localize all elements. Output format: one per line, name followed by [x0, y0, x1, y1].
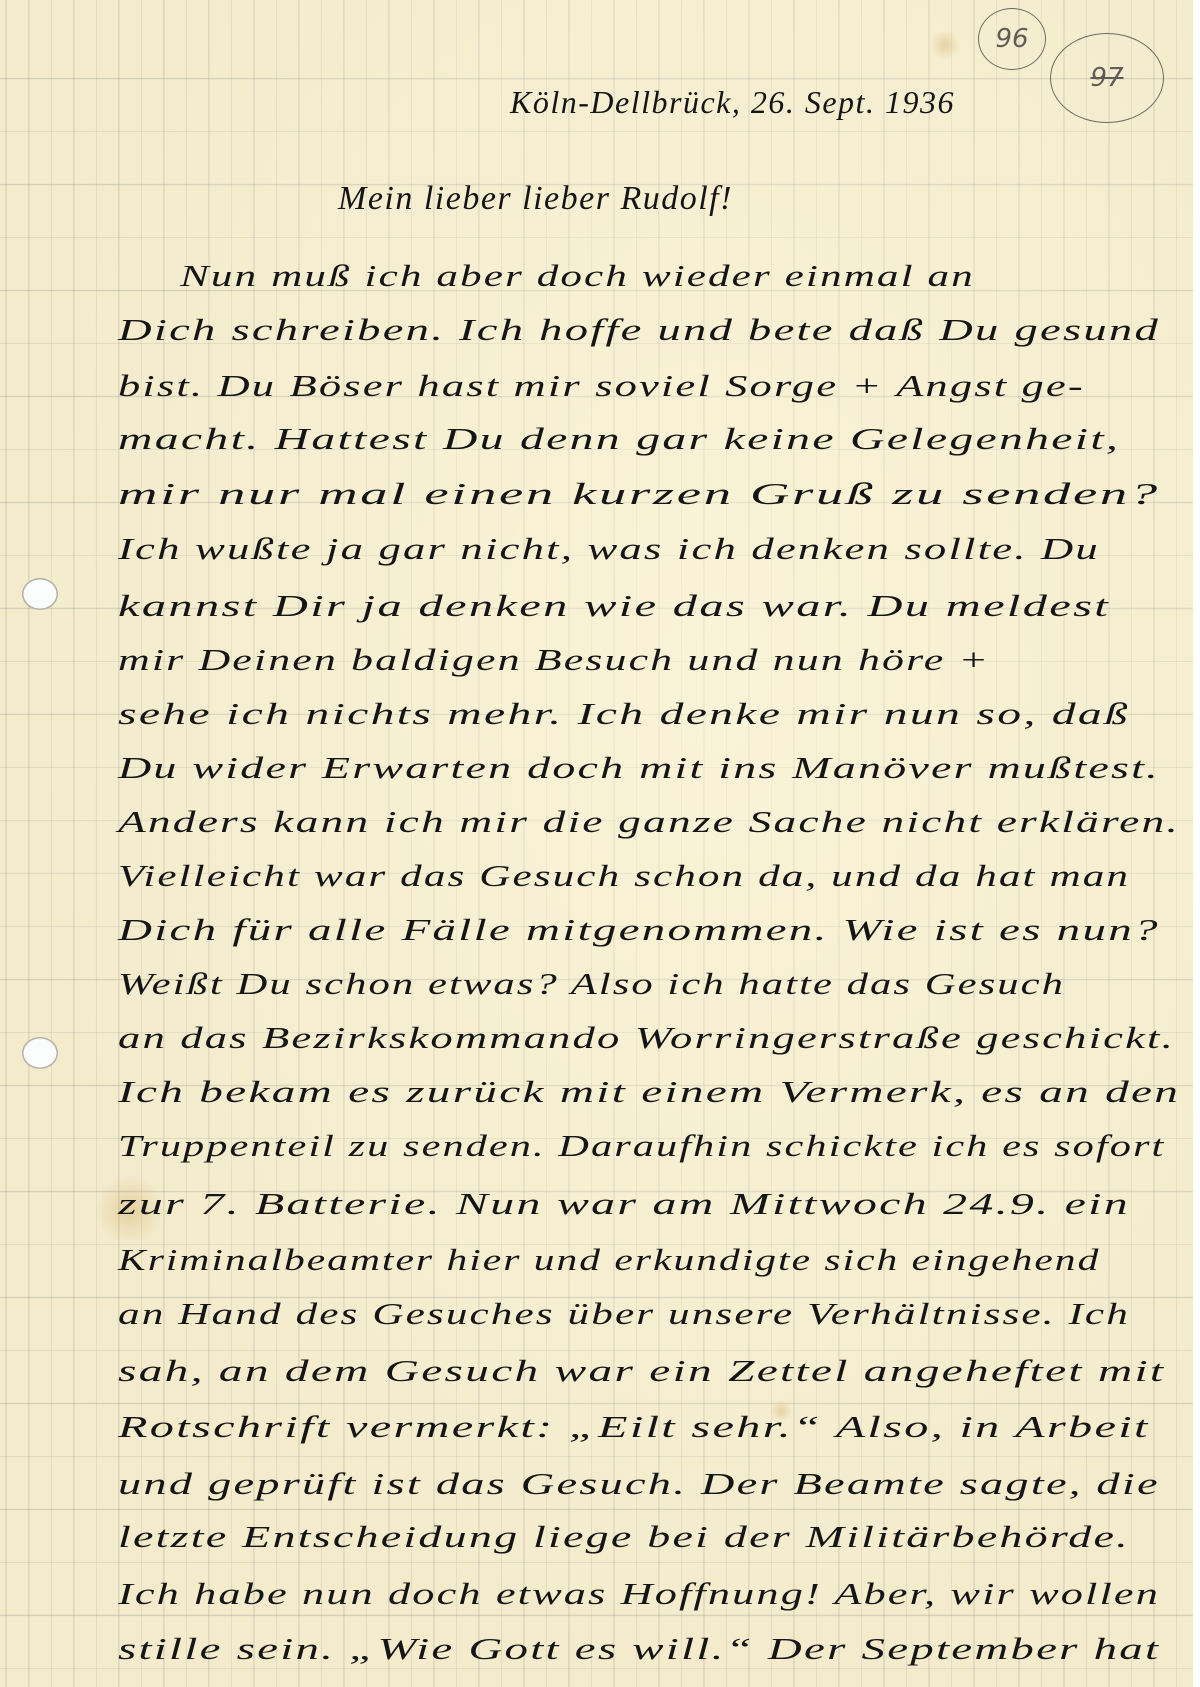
letter-line: sehe ich nichts mehr. Ich denke mir nun …	[118, 696, 1130, 732]
letter-line: Kriminalbeamter hier und erkundigte sich…	[118, 1242, 1100, 1278]
punch-hole-lower	[22, 1037, 58, 1069]
letter-line: sah, an dem Gesuch war ein Zettel angehe…	[118, 1353, 1165, 1389]
archive-number-circle: 96	[978, 8, 1046, 70]
letter-page: 96 97 Köln-Dellbrück, 26. Sept. 1936 Mei…	[0, 0, 1193, 1687]
archive-number-circle-struck: 97	[1050, 33, 1164, 123]
letter-line: Rotschrift vermerkt: „Eilt sehr.“ Also, …	[118, 1409, 1150, 1445]
dateline: Köln-Dellbrück, 26. Sept. 1936	[510, 84, 955, 121]
letter-line: Nun muß ich aber doch wieder einmal an	[180, 258, 975, 294]
letter-line: mir nur mal einen kurzen Gruß zu senden?	[118, 476, 1160, 512]
letter-line: stille sein. „Wie Gott es will.“ Der Sep…	[118, 1631, 1160, 1667]
archive-number: 96	[995, 24, 1028, 54]
letter-line: mir Deinen baldigen Besuch und nun höre …	[118, 642, 990, 678]
letter-line: letzte Entscheidung liege bei der Militä…	[118, 1519, 1130, 1555]
letter-line: Ich habe nun doch etwas Hoffnung! Aber, …	[118, 1576, 1160, 1612]
letter-line: bist. Du Böser hast mir soviel Sorge + A…	[118, 368, 1085, 404]
letter-line: Vielleicht war das Gesuch schon da, und …	[118, 858, 1130, 894]
letter-line: Du wider Erwarten doch mit ins Manöver m…	[118, 750, 1160, 786]
letter-line: Ich bekam es zurück mit einem Vermerk, e…	[118, 1074, 1180, 1110]
punch-hole-upper	[22, 578, 58, 610]
salutation: Mein lieber lieber Rudolf!	[338, 180, 733, 218]
letter-line: Weißt Du schon etwas? Also ich hatte das…	[118, 966, 1065, 1002]
letter-line: Anders kann ich mir die ganze Sache nich…	[118, 804, 1180, 840]
letter-line: Ich wußte ja gar nicht, was ich denken s…	[118, 531, 1100, 567]
letter-line: an das Bezirkskommando Worringerstraße g…	[118, 1020, 1175, 1056]
letter-line: Dich für alle Fälle mitgenommen. Wie ist…	[118, 912, 1160, 948]
letter-line: und geprüft ist das Gesuch. Der Beamte s…	[118, 1466, 1160, 1502]
letter-line: zur 7. Batterie. Nun war am Mittwoch 24.…	[118, 1186, 1130, 1222]
letter-line: kannst Dir ja denken wie das war. Du mel…	[118, 588, 1110, 624]
paper-stain	[930, 30, 960, 60]
archive-number-struck: 97	[1090, 63, 1123, 93]
letter-line: Dich schreiben. Ich hoffe und bete daß D…	[118, 312, 1160, 348]
letter-line: Truppenteil zu senden. Daraufhin schickt…	[118, 1128, 1165, 1164]
letter-line: macht. Hattest Du denn gar keine Gelegen…	[118, 421, 1120, 457]
letter-line: an Hand des Gesuches über unsere Verhält…	[118, 1296, 1130, 1332]
